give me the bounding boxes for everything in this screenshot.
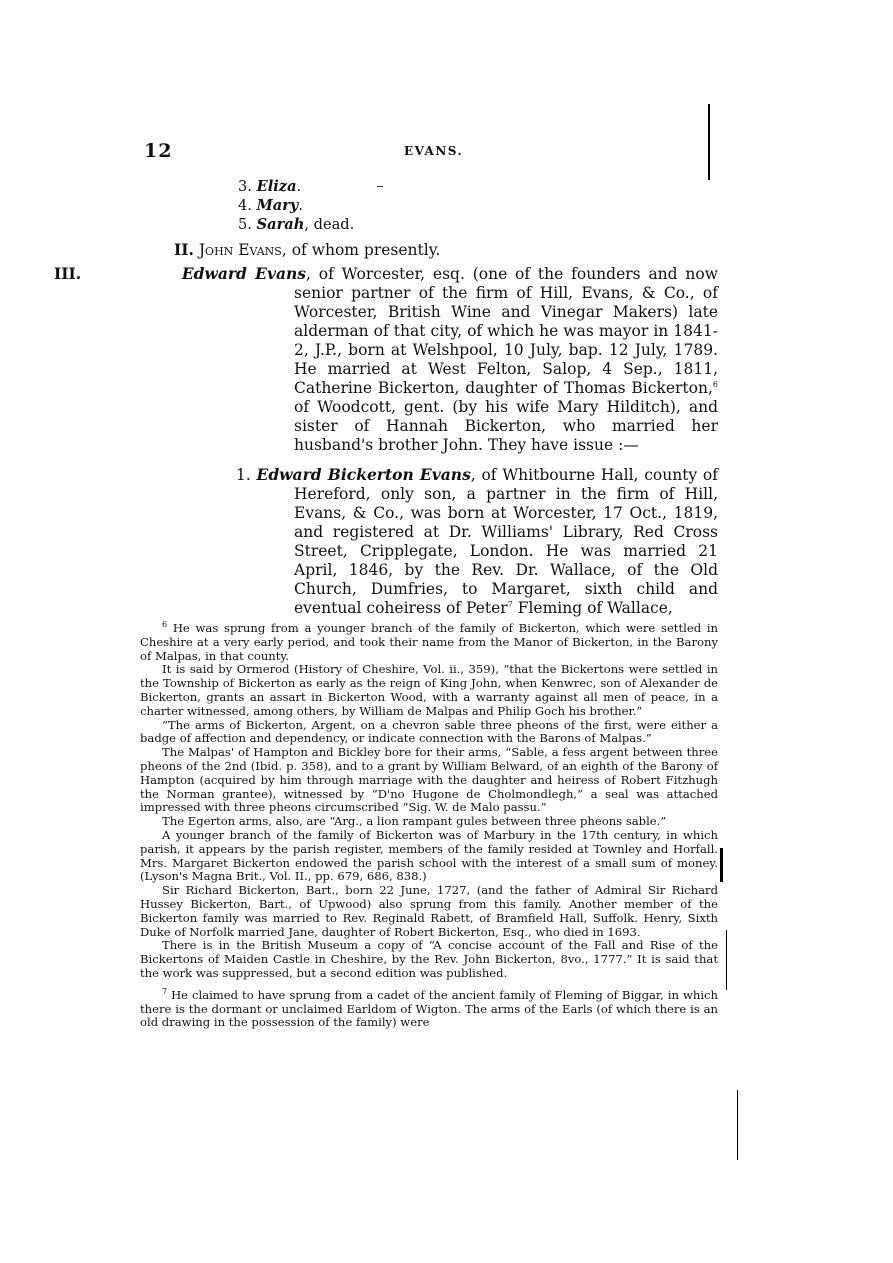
- entry-edward-evans: III. Edward Evans, of Worcester, esq. (o…: [144, 264, 718, 455]
- entry-edward-bickerton-evans: 1. Edward Bickerton Evans, of Whitbourne…: [144, 465, 718, 618]
- footnote-paragraph: It is said by Ormerod (History of Cheshi…: [140, 663, 718, 718]
- footnote-paragraph: A younger branch of the family of Bicker…: [140, 829, 718, 884]
- footnote-paragraph: The Egerton arms, also, are “Arg., a lio…: [140, 815, 718, 829]
- running-head: EVANS.: [404, 144, 463, 158]
- footnote-paragraph: Sir Richard Bickerton, Bart., born 22 Ju…: [140, 884, 718, 939]
- entry-john-evans: II. John Evans, of whom presently.: [144, 241, 718, 260]
- person-name: Edward Evans: [182, 264, 306, 283]
- footnote-paragraph: There is in the British Museum a copy of…: [140, 939, 718, 980]
- child-name: Sarah: [257, 216, 305, 233]
- person-name: Edward Bickerton Evans: [257, 465, 471, 484]
- footnote-paragraph: “The arms of Bickerton, Argent, on a che…: [140, 719, 718, 747]
- page-number: 12: [144, 140, 172, 162]
- children-list: 3. Eliza. 4. Mary. 5. Sarah, dead.: [238, 178, 718, 235]
- list-item: 5. Sarah, dead.: [238, 216, 718, 235]
- child-name: Mary: [257, 197, 299, 214]
- main-text: 3. Eliza. 4. Mary. 5. Sarah, dead. II. J…: [144, 178, 718, 618]
- margin-mark: [737, 1090, 738, 1160]
- list-item: 4. Mary.: [238, 197, 718, 216]
- footnote-6: 6 He was sprung from a younger branch of…: [140, 622, 718, 981]
- list-item: 3. Eliza.: [238, 178, 718, 197]
- margin-mark: [726, 930, 727, 990]
- footnote-marker: 7: [162, 987, 167, 996]
- margin-mark: [720, 848, 723, 882]
- footnote-7: 7 He claimed to have sprung from a cadet…: [140, 989, 718, 1030]
- footnote-paragraph: 6 He was sprung from a younger branch of…: [140, 622, 718, 663]
- book-page: 12 EVANS. 3. Eliza. 4. Mary. 5. Sarah, d…: [0, 0, 893, 1263]
- footnote-marker: 6: [162, 620, 167, 629]
- child-name: Eliza: [257, 178, 297, 195]
- person-name: John Evans: [199, 241, 282, 259]
- footnote-paragraph: The Malpas' of Hampton and Bickley bore …: [140, 746, 718, 815]
- page-header: 12 EVANS.: [144, 140, 714, 164]
- footnote-ref[interactable]: 6: [713, 379, 718, 388]
- margin-mark: [708, 104, 710, 180]
- footnote-paragraph: 7 He claimed to have sprung from a cadet…: [140, 989, 718, 1030]
- footnotes: 6 He was sprung from a younger branch of…: [140, 622, 718, 1030]
